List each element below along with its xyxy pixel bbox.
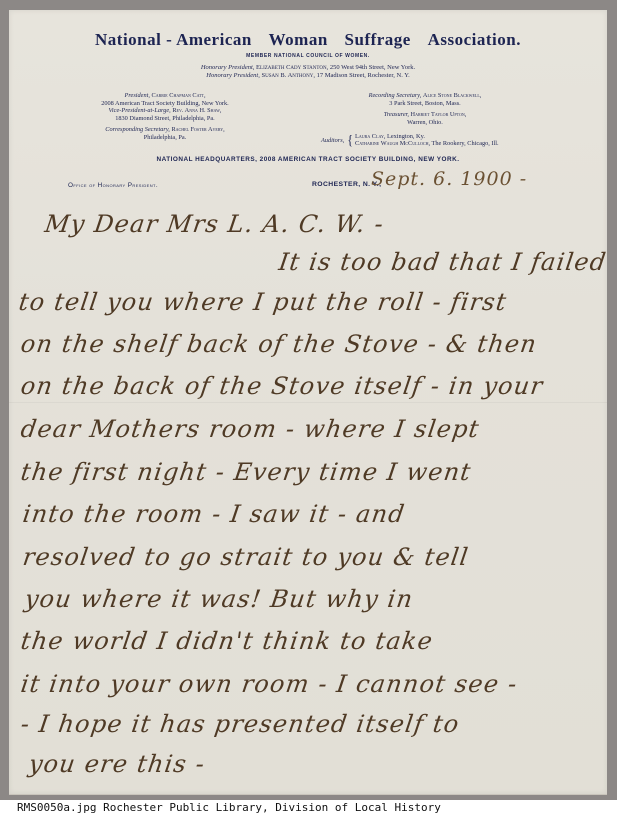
office-line: Office of Honorary President.	[68, 182, 158, 189]
officer-address: 2008 American Tract Society Building, Ne…	[45, 100, 285, 108]
handwritten-date: Sept. 6. 1900 -	[371, 168, 527, 190]
letter-page: National - American Woman Suffrage Assoc…	[9, 10, 607, 795]
honorary-president-1: Honorary President, Elizabeth Cady Stant…	[9, 64, 607, 72]
title-word: Woman	[269, 30, 328, 49]
role: Honorary President,	[206, 72, 260, 79]
auditors-label: Auditors,	[321, 137, 344, 144]
handwritten-line: It is too bad that I failed	[277, 248, 608, 276]
role: Treasurer,	[384, 111, 409, 118]
handwritten-line: resolved to go strait to you & tell	[21, 543, 471, 571]
officer-address: 3 Park Street, Boston, Mass.	[325, 100, 525, 108]
officer-address: Lexington, Ky.	[387, 133, 425, 140]
handwritten-line: you where it was! But why in	[23, 585, 415, 613]
handwritten-line: you ere this -	[27, 750, 207, 778]
member-line: MEMBER NATIONAL COUNCIL OF WOMEN.	[9, 53, 607, 59]
auditor-2: Catharine Waugh McCulloch, The Rookery, …	[355, 140, 499, 147]
handwritten-line: it into your own room - I cannot see -	[19, 670, 519, 698]
officer-name: Alice Stone Blackwell,	[423, 92, 481, 99]
handwritten-line: My Dear Mrs L. A. C. W. -	[43, 210, 386, 238]
officer-address: 250 West 94th Street, New York.	[330, 64, 415, 71]
brace-icon: {	[347, 136, 353, 144]
headquarters-line: NATIONAL HEADQUARTERS, 2008 AMERICAN TRA…	[9, 156, 607, 163]
officer-name: Elizabeth Cady Stanton,	[256, 64, 328, 71]
officer-address: 1830 Diamond Street, Philadelphia, Pa.	[45, 115, 285, 123]
handwritten-line: the first night - Every time I went	[19, 458, 473, 486]
officer-treasurer: Treasurer, Harriet Taylor Upton,	[325, 111, 525, 119]
role: Recording Secretary,	[369, 92, 422, 99]
handwritten-line: - I hope it has presented itself to	[19, 710, 462, 738]
handwritten-line: dear Mothers room - where I slept	[19, 415, 482, 443]
officer-address: 17 Madison Street, Rochester, N. Y.	[317, 72, 410, 79]
auditors: Auditors, { Laura Clay, Lexington, Ky. C…	[321, 133, 499, 147]
handwritten-line: on the back of the Stove itself - in you…	[19, 372, 545, 400]
honorary-president-2: Honorary President, Susan B. Anthony, 17…	[9, 72, 607, 80]
handwritten-line: on the shelf back of the Stove - & then	[19, 330, 539, 358]
officer-name: Harriet Taylor Upton,	[411, 111, 467, 118]
auditor-1: Laura Clay, Lexington, Ky.	[355, 133, 499, 140]
title-word: Suffrage	[345, 30, 411, 49]
title-word: Association.	[428, 30, 521, 49]
right-officers: Recording Secretary, Alice Stone Blackwe…	[325, 92, 525, 126]
officer-president: President, Carrie Chapman Catt,	[45, 92, 285, 100]
officer-name: Rachel Foster Avery,	[171, 126, 224, 133]
officer-name: Rev. Anna H. Shaw,	[172, 107, 221, 114]
handwritten-line: the world I didn't think to take	[19, 627, 435, 655]
officer-name: Laura Clay,	[355, 133, 385, 140]
paper-fold	[9, 402, 607, 403]
image-caption: RMS0050a.jpg Rochester Public Library, D…	[17, 801, 441, 814]
left-officers: President, Carrie Chapman Catt, 2008 Ame…	[45, 92, 285, 142]
officer-address: Warren, Ohio.	[325, 119, 525, 127]
officer-address: The Rookery, Chicago, Ill.	[432, 140, 499, 147]
role: Corresponding Secretary,	[105, 126, 170, 133]
handwritten-line: to tell you where I put the roll - first	[17, 288, 509, 316]
officer-corresponding-secretary: Corresponding Secretary, Rachel Foster A…	[45, 126, 285, 134]
officer-name: Susan B. Anthony,	[261, 72, 315, 79]
title-word: National - American	[95, 30, 252, 49]
role: Honorary President,	[201, 64, 255, 71]
letterhead-title: National - American Woman Suffrage Assoc…	[9, 30, 607, 50]
role: President,	[124, 92, 149, 99]
officer-recording-secretary: Recording Secretary, Alice Stone Blackwe…	[325, 92, 525, 100]
officer-address: Philadelphia, Pa.	[45, 134, 285, 142]
role: Vice-President-at-Large,	[109, 107, 171, 114]
officer-name: Carrie Chapman Catt,	[152, 92, 206, 99]
handwritten-line: into the room - I saw it - and	[21, 500, 407, 528]
officer-vice-president: Vice-President-at-Large, Rev. Anna H. Sh…	[45, 107, 285, 115]
officer-name: Catharine Waugh McCulloch,	[355, 140, 430, 147]
